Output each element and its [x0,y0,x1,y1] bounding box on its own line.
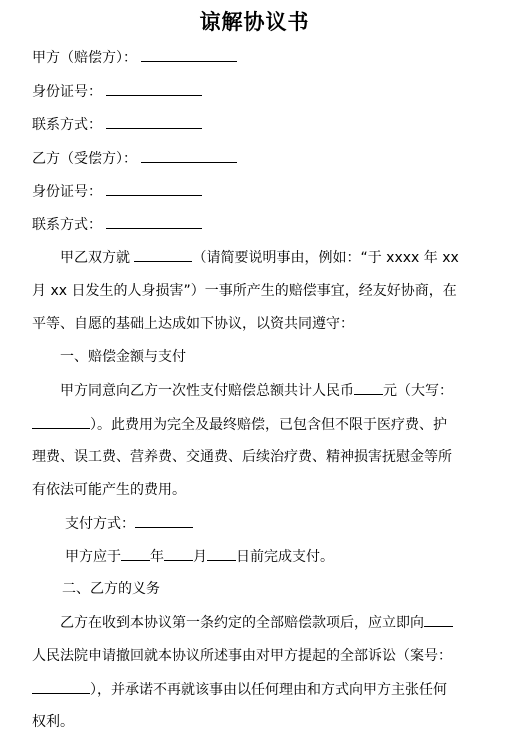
intro-line-3: 平等、自愿的基础上达成如下协议，以资共同遵守： [32,314,478,334]
payment-deadline-line: 甲方应于年月日前完成支付。 [65,546,509,567]
party-b-contact-blank[interactable] [106,214,202,229]
party-b-name-line: 乙方（受偿方）： [32,148,237,169]
section-text: 乙方在收到本协议第一条约定的全部赔偿款项后，应立即向 [60,615,424,631]
party-b-id-blank[interactable] [106,181,202,196]
section-2-heading: 二、乙方的义务 [62,579,508,599]
party-a-name-blank[interactable] [141,47,237,62]
party-b-id-label: 身份证号： [32,184,102,200]
section-2-p1-line-3: ），并承诺不再就该事由以任何理由和方式向甲方主张任何 [32,679,478,700]
intro-text: 甲乙双方就 [60,250,134,266]
party-a-label: 甲方（赔偿方）： [32,50,137,66]
party-a-id-blank[interactable] [106,81,202,96]
section-2-p1-line-4: 权利。 [32,712,478,732]
deadline-year-label: 年 [150,549,164,565]
deadline-day-blank[interactable] [207,546,236,561]
amount-blank[interactable] [354,380,383,395]
deadline-text: 甲方应于 [65,549,121,565]
intro-line-1: 甲乙双方就 （请简要说明事由，例如：“于 xxxx 年 xx [60,247,506,268]
party-b-label: 乙方（受偿方）： [32,151,137,167]
matter-blank[interactable] [134,247,192,262]
section-1-p1-line-1: 甲方同意向乙方一次性支付赔偿总额共计人民币元（大写： [60,380,506,401]
document-title: 谅解协议书 [0,8,509,36]
court-blank[interactable] [424,612,453,627]
section-2-p1-line-2: 人民法院申请撤回就本协议所述事由对甲方提起的全部诉讼（案号： [32,646,478,666]
deadline-month-blank[interactable] [164,546,193,561]
payment-method-label: 支付方式： [65,516,135,532]
deadline-year-blank[interactable] [121,546,150,561]
party-b-name-blank[interactable] [141,148,237,163]
case-number-blank[interactable] [32,679,90,694]
section-1-p1-line-4: 有依法可能产生的费用。 [32,480,478,500]
section-2-p1-line-1: 乙方在收到本协议第一条约定的全部赔偿款项后，应立即向 [60,612,506,633]
section-text: 元（大写： [383,383,453,399]
section-text: ）。此费用为完全及最终赔偿，已包含但不限于医疗费、护 [90,417,447,433]
deadline-day-label: 日前完成支付。 [236,549,334,565]
party-a-id-line: 身份证号： [32,81,202,102]
amount-in-words-blank[interactable] [32,414,90,429]
party-a-name-line: 甲方（赔偿方）： [32,47,237,68]
party-a-contact-line: 联系方式： [32,114,202,135]
intro-line-2: 月 xx 日发生的人身损害”）一事所产生的赔偿事宜，经友好协商，在 [32,281,478,301]
intro-text: （请简要说明事由，例如：“于 xxxx 年 xx [192,250,458,266]
party-a-id-label: 身份证号： [32,84,102,100]
section-1-p1-line-2: ）。此费用为完全及最终赔偿，已包含但不限于医疗费、护 [32,414,478,435]
deadline-month-label: 月 [193,549,207,565]
party-a-contact-blank[interactable] [106,114,202,129]
section-text: 甲方同意向乙方一次性支付赔偿总额共计人民币 [60,383,354,399]
section-text: ），并承诺不再就该事由以任何理由和方式向甲方主张任何 [90,682,447,698]
section-1-heading: 一、赔偿金额与支付 [60,347,506,367]
payment-method-line: 支付方式： [65,513,509,534]
party-b-id-line: 身份证号： [32,181,202,202]
party-b-contact-label: 联系方式： [32,217,102,233]
party-b-contact-line: 联系方式： [32,214,202,235]
section-1-p1-line-3: 理费、误工费、营养费、交通费、后续治疗费、精神损害抚慰金等所 [32,447,478,467]
payment-method-blank[interactable] [135,513,193,528]
party-a-contact-label: 联系方式： [32,117,102,133]
